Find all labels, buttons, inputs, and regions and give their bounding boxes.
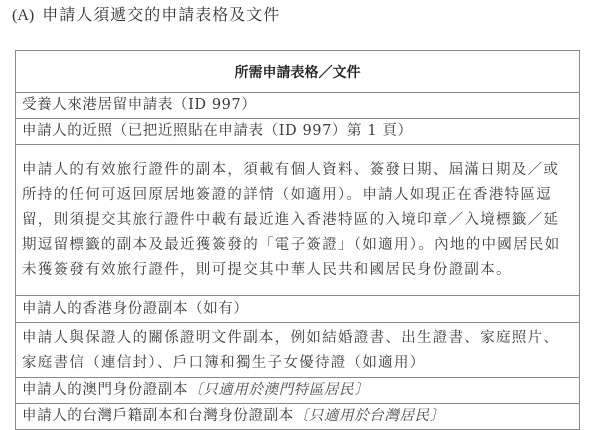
table-header-row: 所需申請表格／文件 <box>16 51 580 93</box>
table-row: 申請人與保證人的關係證明文件副本，例如結婚證書、出生證書、家庭照片、家庭書信（連… <box>16 323 580 378</box>
table-row: 申請人的香港身份證副本（如有） <box>16 296 580 323</box>
table-row: 申請人的澳門身份證副本〔只適用於澳門特區居民〕 <box>16 378 580 404</box>
document-text: 申請人的香港身份證副本（如有） <box>22 301 249 317</box>
applicability-note: 〔只適用於台灣居民〕 <box>294 408 445 424</box>
document-item-taiwan-household-id: 申請人的台灣戶籍副本和台灣身份證副本〔只適用於台灣居民〕 <box>16 404 580 430</box>
table-header-required-forms-documents: 所需申請表格／文件 <box>16 51 580 93</box>
table-row: 申請人的有效旅行證件的副本，須載有個人資料、簽發日期、屆滿日期及／或所持的任何可… <box>16 145 580 296</box>
table-row: 申請人的近照（已把近照貼在申請表（ID 997）第 1 頁） <box>16 119 580 145</box>
document-item-recent-photo: 申請人的近照（已把近照貼在申請表（ID 997）第 1 頁） <box>16 119 580 145</box>
document-item-id997-form: 受養人來港居留申請表（ID 997） <box>16 93 580 119</box>
document-item-travel-document: 申請人的有效旅行證件的副本，須載有個人資料、簽發日期、屆滿日期及／或所持的任何可… <box>16 145 580 296</box>
section-heading: (A)申請人須遞交的申請表格及文件 <box>12 4 280 27</box>
table-row: 申請人的台灣戶籍副本和台灣身份證副本〔只適用於台灣居民〕 <box>16 404 580 430</box>
section-title-text: 申請人須遞交的申請表格及文件 <box>42 5 280 24</box>
document-text: 申請人的澳門身份證副本 <box>22 382 188 398</box>
document-item-hk-identity-card: 申請人的香港身份證副本（如有） <box>16 296 580 323</box>
applicability-note: 〔只適用於澳門特區居民〕 <box>188 382 369 398</box>
document-text: 申請人的有效旅行證件的副本，須載有個人資料、簽發日期、屆滿日期及／或所持的任何可… <box>22 162 561 278</box>
required-documents-table: 所需申請表格／文件 受養人來港居留申請表（ID 997） 申請人的近照（已把近照… <box>15 50 580 430</box>
table-row: 受養人來港居留申請表（ID 997） <box>16 93 580 119</box>
document-text: 申請人的近照（已把近照貼在申請表（ID 997）第 1 頁） <box>22 123 413 139</box>
section-marker: (A) <box>12 7 34 24</box>
document-text: 申請人的台灣戶籍副本和台灣身份證副本 <box>22 408 294 424</box>
document-item-macao-identity-card: 申請人的澳門身份證副本〔只適用於澳門特區居民〕 <box>16 378 580 404</box>
document-text: 受養人來港居留申請表（ID 997） <box>22 97 256 113</box>
document-text: 申請人與保證人的關係證明文件副本，例如結婚證書、出生證書、家庭照片、家庭書信（連… <box>22 330 559 371</box>
document-item-relationship-proof: 申請人與保證人的關係證明文件副本，例如結婚證書、出生證書、家庭照片、家庭書信（連… <box>16 323 580 378</box>
